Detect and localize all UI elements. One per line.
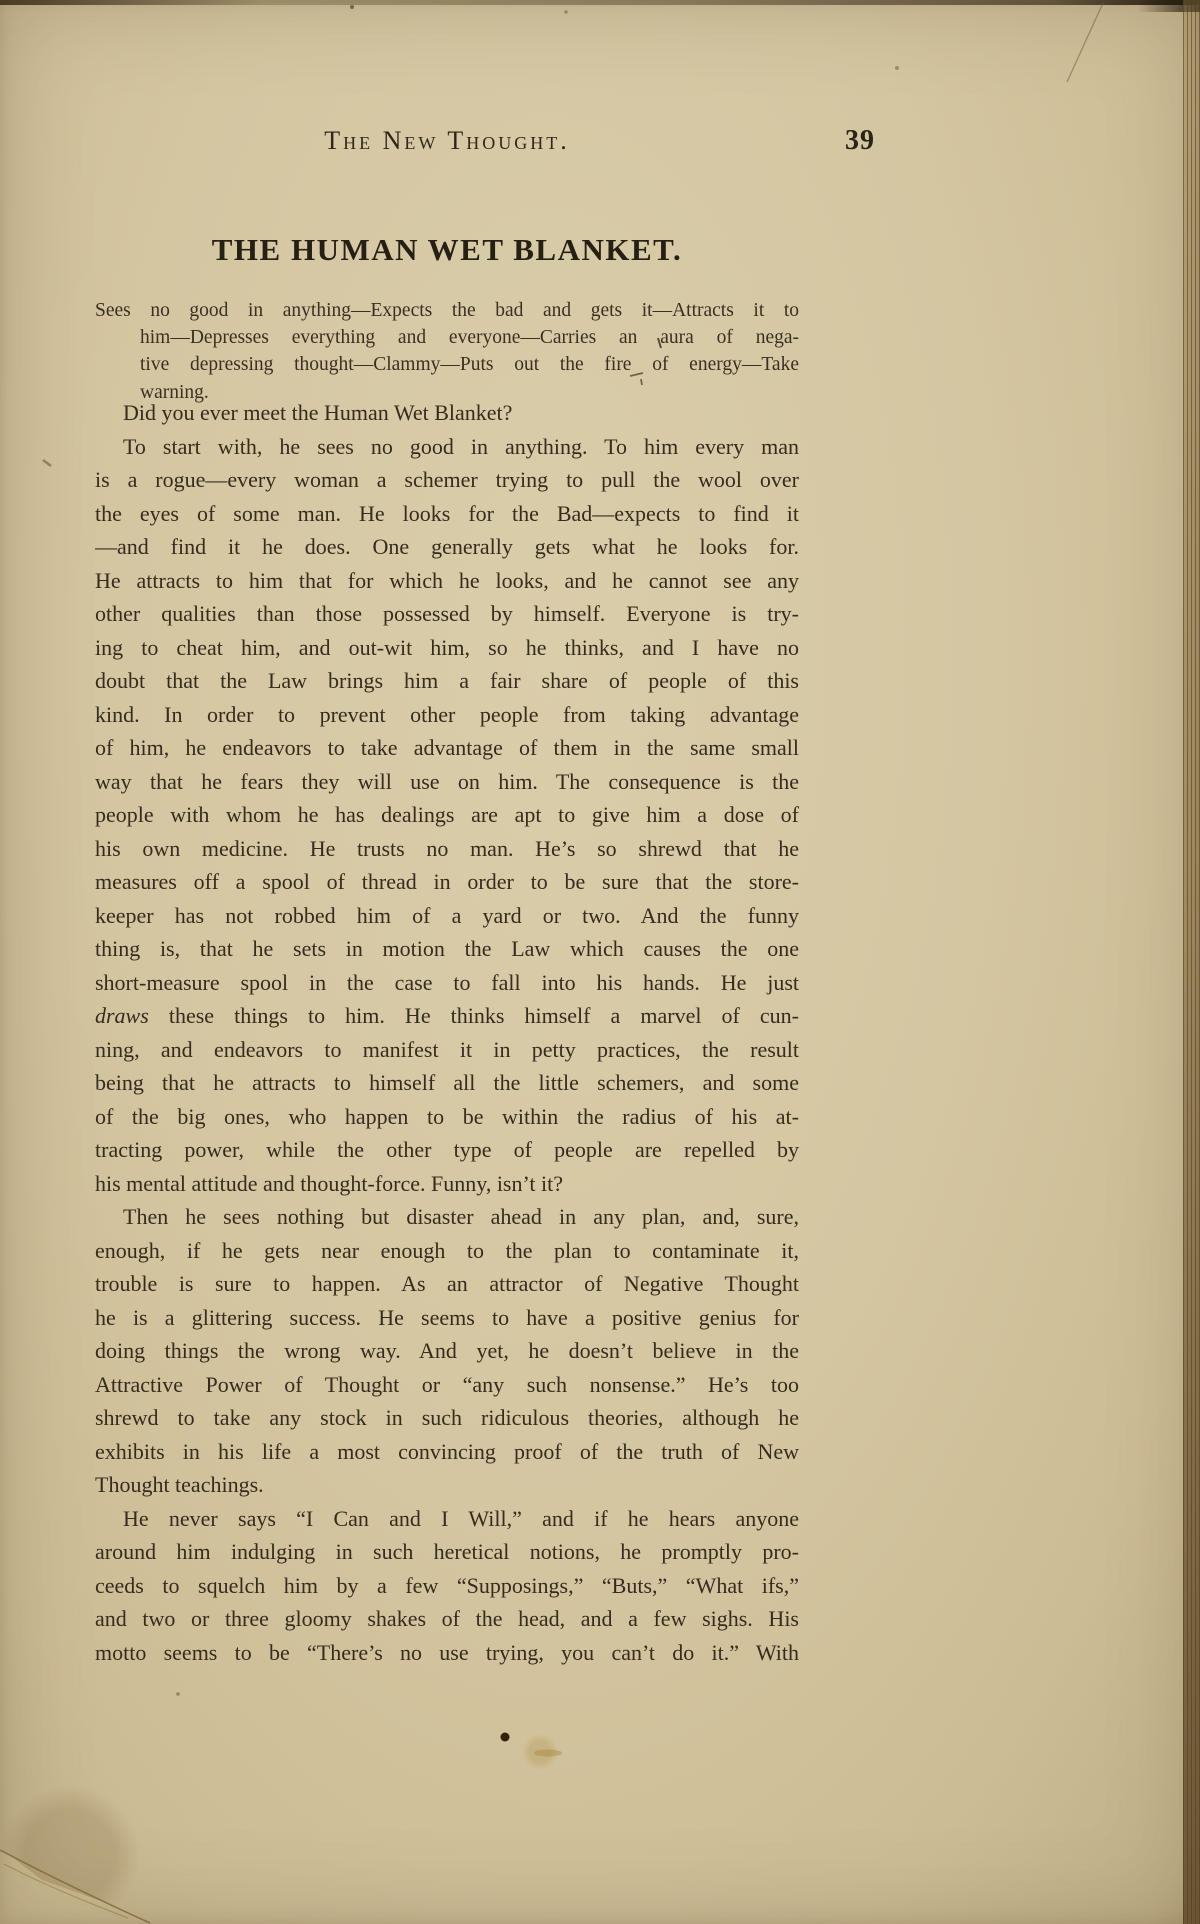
summary-line: him—Depresses everything and everyone—Ca… — [95, 324, 799, 351]
text-line: Attractive Power of Thought or “any such… — [95, 1368, 799, 1402]
text-line: kind. In order to prevent other people f… — [95, 698, 799, 732]
text-line: measures off a spool of thread in order … — [95, 865, 799, 899]
text-line: and two or three gloomy shakes of the he… — [95, 1602, 799, 1636]
chapter-title: THE HUMAN WET BLANKET. — [92, 232, 802, 268]
text-line: ing to cheat him, and out-wit him, so he… — [95, 631, 799, 665]
text-line: way that he fears they will use on him. … — [95, 765, 799, 799]
text-line: shrewd to take any stock in such ridicul… — [95, 1401, 799, 1435]
fold-line — [0, 1850, 150, 1923]
text-line: ceeds to squelch him by a few “Supposing… — [95, 1569, 799, 1603]
text-line: Did you ever meet the Human Wet Blanket? — [95, 396, 799, 430]
text-line: keeper has not robbed him of a yard or t… — [95, 899, 799, 933]
text-line: doubt that the Law brings him a fair sha… — [95, 664, 799, 698]
page-stack-edge — [1183, 0, 1200, 1924]
text-line: doing things the wrong way. And yet, he … — [95, 1334, 799, 1368]
text-line: his mental attitude and thought-force. F… — [95, 1167, 799, 1201]
stain-smudge — [534, 1750, 562, 1757]
crease-line — [1067, 3, 1103, 82]
summary-line: Sees no good in anything—Expects the bad… — [95, 297, 799, 324]
paragraph: To start with, he sees no good in anythi… — [95, 430, 799, 1201]
text-line: being that he attracts to himself all th… — [95, 1066, 799, 1100]
text-line: draws these things to him. He thinks him… — [95, 999, 799, 1033]
paragraph: He never says “I Can and I Will,” and if… — [95, 1502, 799, 1670]
text-line: his own medicine. He trusts no man. He’s… — [95, 832, 799, 866]
corner-shadow — [0, 1896, 122, 1924]
ink-speck — [501, 1733, 510, 1742]
text-line: enough, if he gets near enough to the pl… — [95, 1234, 799, 1268]
text-line: people with whom he has dealings are apt… — [95, 798, 799, 832]
text-line: other qualities than those possessed by … — [95, 597, 799, 631]
text-line: —and find it he does. One generally gets… — [95, 530, 799, 564]
text-line: He attracts to him that for which he loo… — [95, 564, 799, 598]
paragraph: Then he sees nothing but disaster ahead … — [95, 1200, 799, 1502]
ink-speck — [564, 10, 567, 13]
page-number: 39 — [845, 125, 875, 157]
margin-mark — [43, 460, 51, 466]
summary-line: tive depressing thought—Clammy—Puts out … — [95, 351, 799, 378]
text-line: tracting power, while the other type of … — [95, 1133, 799, 1167]
text-line: motto seems to be “There’s no use trying… — [95, 1636, 799, 1670]
text-line: short-measure spool in the case to fall … — [95, 966, 799, 1000]
text-line: He never says “I Can and I Will,” and if… — [95, 1502, 799, 1536]
text-line: of the big ones, who happen to be within… — [95, 1100, 799, 1134]
text-line: Then he sees nothing but disaster ahead … — [95, 1200, 799, 1234]
summary: Sees no good in anything—Expects the bad… — [95, 297, 799, 406]
ink-speck — [350, 5, 354, 9]
book-page: The New Thought. 39 THE HUMAN WET BLANKE… — [0, 0, 1200, 1924]
text-line: ning, and endeavors to manifest it in pe… — [95, 1033, 799, 1067]
text-line: of him, he endeavors to take advantage o… — [95, 731, 799, 765]
running-head: The New Thought. — [92, 126, 802, 156]
text-line: he is a glittering success. He seems to … — [95, 1301, 799, 1335]
text-line: is a rogue—every woman a schemer trying … — [95, 463, 799, 497]
text-line: the eyes of some man. He looks for the B… — [95, 497, 799, 531]
text-line: trouble is sure to happen. As an attract… — [95, 1267, 799, 1301]
body-text: Did you ever meet the Human Wet Blanket?… — [95, 396, 799, 1669]
text-line: Thought teachings. — [95, 1468, 799, 1502]
text-line: around him indulging in such heretical n… — [95, 1535, 799, 1569]
page-top-edge — [0, 0, 1200, 5]
text-line: To start with, he sees no good in anythi… — [95, 430, 799, 464]
ink-speck — [176, 1692, 180, 1696]
text-line: thing is, that he sets in motion the Law… — [95, 932, 799, 966]
folded-corner — [0, 1848, 150, 1924]
ink-speck — [895, 66, 899, 70]
fold-line — [4, 1864, 128, 1918]
text-line: exhibits in his life a most convincing p… — [95, 1435, 799, 1469]
paragraph: Did you ever meet the Human Wet Blanket? — [95, 396, 799, 430]
